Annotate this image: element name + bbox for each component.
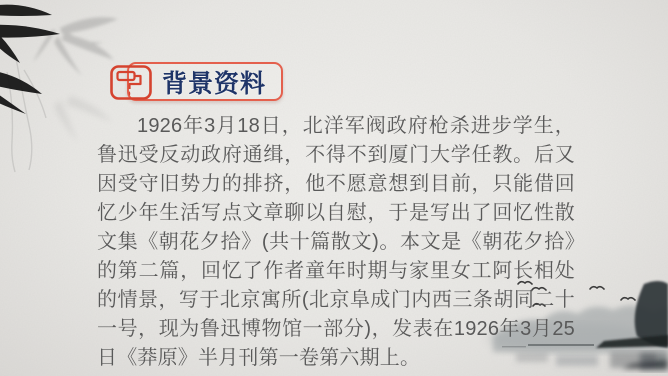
dark-ink-mass bbox=[635, 281, 668, 348]
presentation-slide: 背景资料 1926年3月18日，北洋军阀政府枪杀进步学生，鲁迅受反动政府通缉，不… bbox=[0, 0, 668, 376]
black-bamboo-leaves bbox=[0, 5, 60, 114]
body-paragraph: 1926年3月18日，北洋军阀政府枪杀进步学生，鲁迅受反动政府通缉，不得不到厦门… bbox=[97, 112, 575, 373]
paint-roller-icon bbox=[110, 65, 152, 100]
bamboo-stems bbox=[7, 58, 46, 172]
section-title-text: 背景资料 bbox=[162, 64, 266, 100]
section-title: 背景资料 bbox=[110, 62, 283, 104]
gray-bamboo-leaves bbox=[33, 17, 118, 76]
